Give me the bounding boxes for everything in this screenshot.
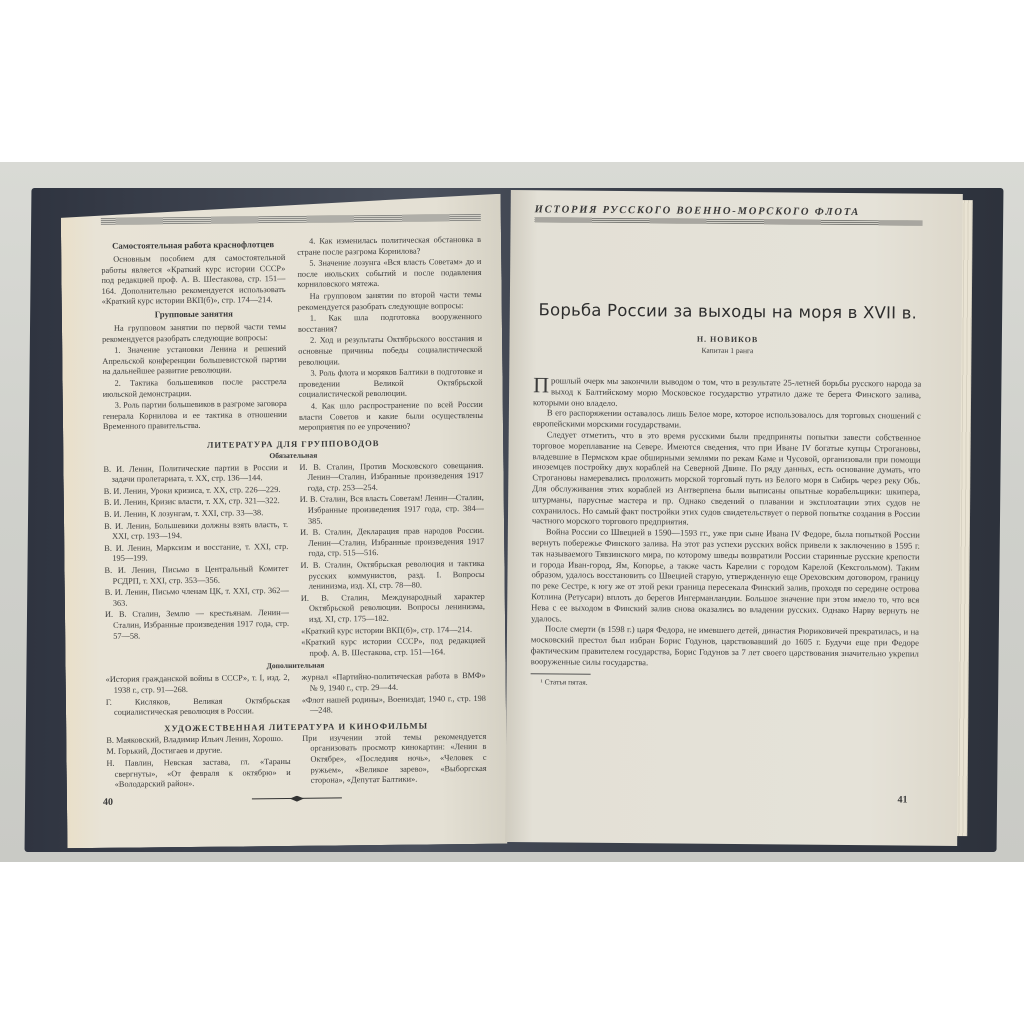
ref-item: В. И. Ленин, Политические партии в Росси… bbox=[103, 463, 287, 486]
question-item: 2. Тактика большевиков после расстрела и… bbox=[103, 377, 287, 400]
question-item: 2. Ход и результаты Октябрьского восстан… bbox=[298, 334, 482, 368]
fiction-refs: В. Маяковский, Владимир Ильич Ленин, Хор… bbox=[106, 732, 487, 792]
fiction-column-2: При изучении этой темы рекомендуется орг… bbox=[302, 732, 487, 790]
additional-column-2: журнал «Партийно-политическая работа в В… bbox=[302, 671, 486, 717]
paragraph: Прошлый очерк мы закончили выводом о том… bbox=[533, 375, 921, 411]
ref-item: И. В. Сталин, Землю — крестьянам. Ленин—… bbox=[105, 608, 289, 642]
paragraph: Война России со Швецией в 1590—1593 гг.,… bbox=[531, 526, 920, 627]
ref-item: В. И. Ленин, Письмо в Центральный Комите… bbox=[104, 564, 288, 587]
ref-item: В. Маяковский, Владимир Ильич Ленин, Хор… bbox=[106, 734, 290, 747]
question-item: 4. Как шло распространение по всей Росси… bbox=[299, 400, 483, 434]
group-heading: Групповые занятия bbox=[102, 308, 286, 321]
ref-item: Г. Кисляков, Великая Октябрьская социали… bbox=[106, 696, 290, 719]
ref-item: В. И. Ленин, Марксизм и восстание, т. XX… bbox=[104, 542, 288, 565]
group-intro: На групповом занятии по первой части тем… bbox=[102, 322, 286, 345]
question-item: 5. Значение лозунга «Вся власть Советам»… bbox=[297, 257, 481, 291]
running-head: ИСТОРИЯ РУССКОГО ВОЕННО-МОРСКОГО ФЛОТА bbox=[535, 204, 923, 218]
footnote: ¹ Статья пятая. bbox=[541, 677, 919, 689]
refs-column-1: В. И. Ленин, Политические партии в Росси… bbox=[103, 463, 289, 663]
ref-item: Н. Павлин, Невская застава, гл. «Тараны … bbox=[106, 757, 290, 791]
ornament-divider bbox=[252, 795, 342, 802]
paragraph: После смерти (в 1598 г.) царя Федора, не… bbox=[531, 624, 919, 671]
ref-item: В. И. Ленин, К лозунгам, т. XXI, стр. 33… bbox=[104, 508, 288, 521]
chapter-title: Борьба России за выходы на моря в XVII в… bbox=[534, 300, 922, 322]
ref-item: журнал «Партийно-политическая работа в В… bbox=[302, 671, 486, 694]
additional-refs: «История гражданской войны в СССР», т. I… bbox=[106, 671, 486, 719]
intro-paragraph: Основным пособием для самостоятельной ра… bbox=[101, 253, 286, 308]
ref-item: И. В. Сталин, Декларация прав народов Ро… bbox=[300, 526, 484, 560]
page-number: 40 bbox=[103, 797, 113, 808]
author-rank: Капитан 1 ранга bbox=[533, 344, 921, 356]
page-number: 41 bbox=[897, 794, 907, 805]
mandatory-heading: Обязательная bbox=[103, 449, 483, 462]
ref-item: В. И. Ленин, Уроки кризиса, т. XX, стр. … bbox=[104, 485, 288, 498]
film-list: При изучении этой темы рекомендуется орг… bbox=[302, 732, 487, 787]
ref-item: «История гражданской войны в СССР», т. I… bbox=[106, 673, 290, 696]
top-rule bbox=[101, 214, 481, 225]
refs-column-2: И. В. Сталин, Против Московского совещан… bbox=[299, 461, 485, 661]
ref-item: В. И. Ленин, Письмо членам ЦК, т. XXI, с… bbox=[105, 586, 289, 609]
left-page: Самостоятельная работа краснофлотцев Осн… bbox=[61, 194, 508, 849]
question-item: 4. Как изменилась политическая обстановк… bbox=[297, 235, 481, 258]
left-column-2: 4. Как изменилась политическая обстановк… bbox=[297, 235, 483, 435]
group-intro-2: На групповом занятии по второй части тем… bbox=[298, 290, 482, 313]
mandatory-refs: В. И. Ленин, Политические партии в Росси… bbox=[103, 461, 485, 663]
question-item: 3. Роль флота и моряков Балтики в подгот… bbox=[298, 367, 482, 401]
fiction-column-1: В. Маяковский, Владимир Ильич Ленин, Хор… bbox=[106, 734, 291, 792]
ref-item: И. В. Сталин, Международный характер Окт… bbox=[301, 592, 485, 626]
ref-item: И. В. Сталин, Октябрьская революция и та… bbox=[300, 559, 484, 593]
question-item: 1. Как шла подготовка вооруженного восст… bbox=[298, 312, 482, 335]
running-head-rule bbox=[535, 217, 923, 225]
ref-item: И. В. Сталин, Вся власть Советам! Ленин—… bbox=[300, 493, 484, 527]
question-item: 1. Значение установки Ленина и решений А… bbox=[102, 344, 286, 378]
drop-cap: П bbox=[533, 375, 549, 395]
left-column-1: Самостоятельная работа краснофлотцев Осн… bbox=[101, 237, 287, 437]
question-item: 3. Роль партии большевиков в разгроме за… bbox=[103, 399, 287, 433]
right-page: ИСТОРИЯ РУССКОГО ВОЕННО-МОРСКОГО ФЛОТА Б… bbox=[505, 190, 963, 846]
ref-item: В. И. Ленин, Кризис власти, т. XX, стр. … bbox=[104, 496, 288, 509]
ref-item: И. В. Сталин, Против Московского совещан… bbox=[299, 461, 483, 495]
ref-item: «Краткий курс истории ВКП(б)», стр. 174—… bbox=[301, 624, 485, 637]
left-upper-columns: Самостоятельная работа краснофлотцев Осн… bbox=[101, 235, 483, 437]
ref-item: «Краткий курс истории СССР», под редакци… bbox=[301, 636, 485, 659]
paragraph: Следует отметить, что в это время русски… bbox=[532, 429, 921, 530]
ref-item: М. Горький, Достигаев и другие. bbox=[106, 745, 290, 758]
footnote-rule bbox=[531, 673, 591, 675]
paragraph-text: рошлый очерк мы закончили выводом о том,… bbox=[533, 375, 921, 407]
ref-item: «Флот нашей родины», Воениздат, 1940 г.,… bbox=[302, 693, 486, 716]
article-body: Прошлый очерк мы закончили выводом о том… bbox=[531, 375, 922, 670]
section-heading: Самостоятельная работа краснофлотцев bbox=[101, 239, 285, 252]
additional-column-1: «История гражданской войны в СССР», т. I… bbox=[106, 673, 290, 719]
ref-item: В. И. Ленин, Большевики должны взять вла… bbox=[104, 520, 288, 543]
